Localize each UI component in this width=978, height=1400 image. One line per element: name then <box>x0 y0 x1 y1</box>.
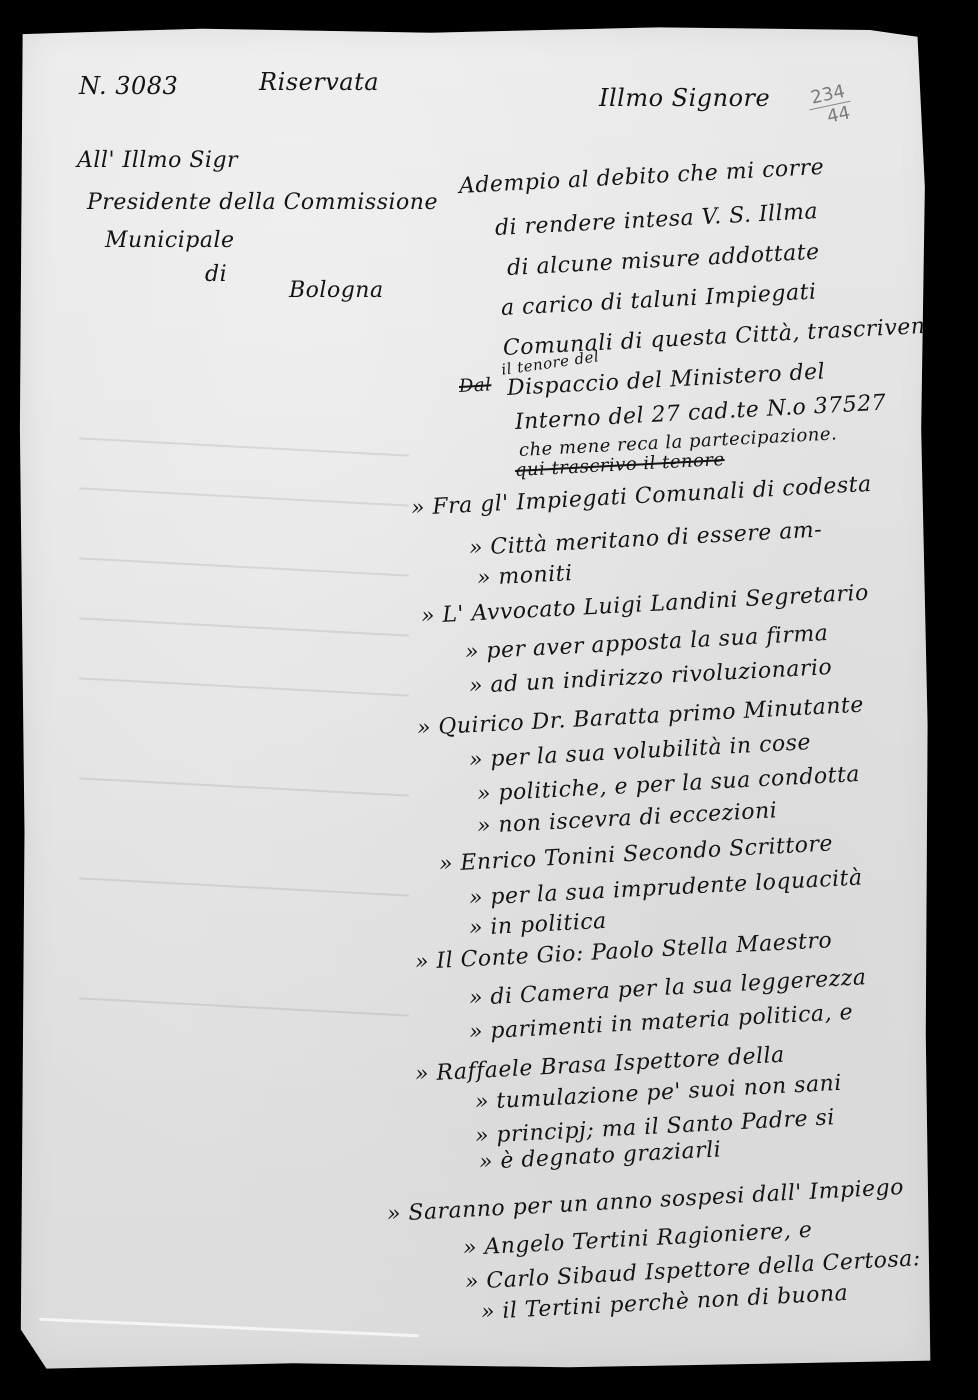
addressee-line: Municipale <box>105 228 235 253</box>
bleed-through-line <box>79 437 409 456</box>
addressee-line: All' Illmo Sigr <box>77 148 238 173</box>
bleed-through-line <box>79 557 409 576</box>
body-line: a carico di taluni Impiegati <box>500 279 817 320</box>
addressee-line: Bologna <box>289 278 384 303</box>
quoted-line: » moniti <box>476 561 573 591</box>
protocol-number: N. 3083 <box>79 72 178 100</box>
quoted-line: » Fra gl' Impiegati Comunali di codesta <box>410 472 872 521</box>
bleed-through-line <box>79 997 409 1016</box>
addressee-line: di <box>205 262 227 287</box>
salutation: Illmo Signore <box>599 84 770 112</box>
paper-sheet: N. 3083 Riservata 234 44 Illmo Signore A… <box>19 26 934 1370</box>
body-line: Adempio al debito che mi corre <box>458 155 824 199</box>
bleed-through-line <box>79 677 409 696</box>
bleed-through-line <box>79 617 409 636</box>
body-line: di alcune misure addottate <box>506 240 820 281</box>
addressee-line: Presidente della Commissione <box>87 190 438 215</box>
archive-folio-number: 234 44 <box>805 80 855 131</box>
body-line: di rendere intesa V. S. Illma <box>494 199 818 241</box>
paper-crease <box>39 1318 419 1338</box>
quoted-line: » Saranno per un anno sospesi dall' Impi… <box>386 1175 904 1227</box>
bleed-through-line <box>79 877 409 896</box>
classification-label: Riservata <box>259 68 379 96</box>
quoted-line: » Città meritano di essere am- <box>468 518 822 561</box>
bleed-through-line <box>79 777 409 796</box>
bleed-through-line <box>79 487 409 506</box>
struck-text: Dal <box>458 374 491 397</box>
document-scan: N. 3083 Riservata 234 44 Illmo Signore A… <box>0 0 978 1400</box>
quoted-line: » in politica <box>468 909 607 941</box>
